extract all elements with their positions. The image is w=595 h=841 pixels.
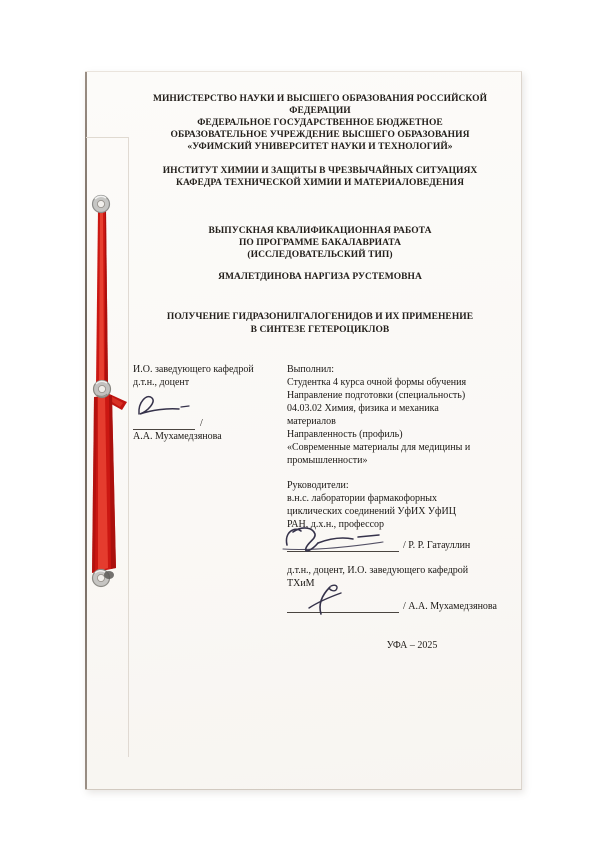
supervisor1-line: циклических соединений УфИХ УфИЦ: [287, 505, 507, 518]
supervisor2-line: ТХиМ: [287, 577, 507, 590]
supervisors-label: Руководители:: [287, 479, 507, 492]
approver-name: А.А. Мухамедзянова: [133, 430, 287, 443]
scanned-page: МИНИСТЕРСТВО НАУКИ И ВЫСШЕГО ОБРАЗОВАНИЯ…: [0, 0, 595, 841]
supervisor1-signature-line: / Р. Р. Гатауллин: [287, 539, 507, 552]
university-line: ОБРАЗОВАТЕЛЬНОЕ УЧРЕЖДЕНИЕ ВЫСШЕГО ОБРАЗ…: [133, 129, 507, 141]
approver-degree: д.т.н., доцент: [133, 376, 287, 389]
supervisor2-line: д.т.н., доцент, И.О. заведующего кафедро…: [287, 564, 507, 577]
work-type-line: ПО ПРОГРАММЕ БАКАЛАВРИАТА: [133, 237, 507, 249]
supervisor2-name: / А.А. Мухамедзянова: [403, 600, 497, 613]
signature-underline: [287, 601, 399, 613]
ministry-line: МИНИСТЕРСТВО НАУКИ И ВЫСШЕГО ОБРАЗОВАНИЯ…: [133, 93, 507, 105]
ministry-line: ФЕДЕРАЦИИ: [133, 105, 507, 117]
performer-line: Студентка 4 курса очной формы обучения: [287, 376, 507, 389]
supervisor1-signature-zone: [287, 531, 507, 539]
performer-line: Направленность (профиль): [287, 428, 507, 441]
supervisor1-name: / Р. Р. Гатауллин: [403, 539, 470, 552]
signature-slash: /: [200, 417, 203, 430]
ribbon-upper-segment: [96, 209, 108, 386]
author-name: ЯМАЛЕТДИНОВА НАРГИЗА РУСТЕМОВНА: [133, 271, 507, 283]
approver-column: И.О. заведующего кафедрой д.т.н., доцент…: [133, 363, 287, 652]
supervisor1-line: РАН, д.х.н., профессор: [287, 518, 507, 531]
performer-line: 04.03.02 Химия, физика и механика: [287, 402, 507, 415]
department-line: КАФЕДРА ТЕХНИЧЕСКОЙ ХИМИИ И МАТЕРИАЛОВЕД…: [133, 177, 507, 189]
institute-line: ИНСТИТУТ ХИМИИ И ЗАЩИТЫ В ЧРЕЗВЫЧАЙНЫХ С…: [133, 165, 507, 177]
approver-signature-zone: [133, 391, 287, 417]
ribbon-lower-segment: [92, 395, 116, 573]
work-type-line: (ИССЛЕДОВАТЕЛЬСКИЙ ТИП): [133, 249, 507, 261]
approver-position: И.О. заведующего кафедрой: [133, 363, 287, 376]
institute-block: ИНСТИТУТ ХИМИИ И ЗАЩИТЫ В ЧРЕЗВЫЧАЙНЫХ С…: [133, 165, 507, 189]
approver-signature-line: /: [133, 417, 287, 430]
city-year: УФА – 2025: [287, 639, 507, 652]
performer-line: промышленности»: [287, 454, 507, 467]
binding-ribbon-graphic: [85, 188, 139, 612]
performer-label: Выполнил:: [287, 363, 507, 376]
signature-underline: [133, 418, 195, 430]
performer-column: Выполнил: Студентка 4 курса очной формы …: [287, 363, 507, 652]
supervisor1-line: в.н.с. лаборатории фармакофорных: [287, 492, 507, 505]
title-page-content: МИНИСТЕРСТВО НАУКИ И ВЫСШЕГО ОБРАЗОВАНИЯ…: [133, 71, 507, 790]
thesis-title-line: ПОЛУЧЕНИЕ ГИДРАЗОНИЛГАЛОГЕНИДОВ И ИХ ПРИ…: [133, 311, 507, 324]
performer-line: «Современные материалы для медицины и: [287, 441, 507, 454]
work-type-line: ВЫПУСКНАЯ КВАЛИФИКАЦИОННАЯ РАБОТА: [133, 225, 507, 237]
grommet-top-icon: [93, 196, 110, 213]
signature-underline: [287, 540, 399, 552]
supervisor2-signature-line: / А.А. Мухамедзянова: [287, 600, 507, 613]
grommet-middle-icon: [94, 381, 111, 398]
work-type-block: ВЫПУСКНАЯ КВАЛИФИКАЦИОННАЯ РАБОТА ПО ПРО…: [133, 225, 507, 261]
performer-line: материалов: [287, 415, 507, 428]
ministry-block: МИНИСТЕРСТВО НАУКИ И ВЫСШЕГО ОБРАЗОВАНИЯ…: [133, 93, 507, 153]
university-line: ФЕДЕРАЛЬНОЕ ГОСУДАРСТВЕННОЕ БЮДЖЕТНОЕ: [133, 117, 507, 129]
thesis-title: ПОЛУЧЕНИЕ ГИДРАЗОНИЛГАЛОГЕНИДОВ И ИХ ПРИ…: [133, 311, 507, 337]
binding-strip-top-edge: [86, 137, 128, 138]
performer-line: Направление подготовки (специальность): [287, 389, 507, 402]
supervisor2-signature-zone: [287, 590, 507, 600]
signatures-section: И.О. заведующего кафедрой д.т.н., доцент…: [133, 363, 507, 652]
university-line: «УФИМСКИЙ УНИВЕРСИТЕТ НАУКИ И ТЕХНОЛОГИЙ…: [133, 141, 507, 153]
grommet-bottom-icon: [93, 570, 115, 587]
thesis-title-line: В СИНТЕЗЕ ГЕТЕРОЦИКЛОВ: [133, 324, 507, 337]
approver-signature-icon: [129, 389, 199, 421]
